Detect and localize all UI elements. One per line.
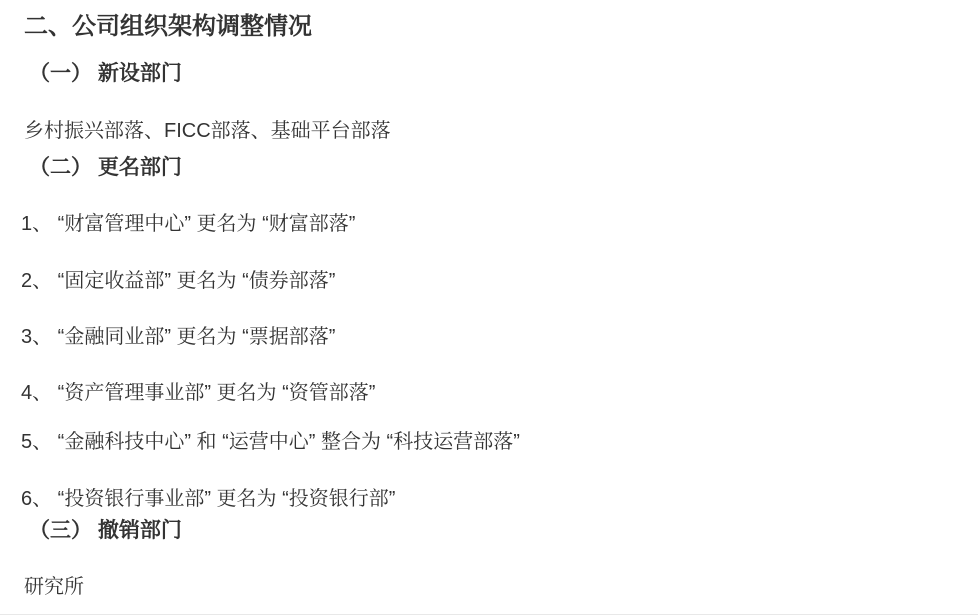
renamed-item-5: 5、 “金融科技中心” 和 “运营中心” 整合为 “科技运营部落” bbox=[21, 430, 520, 455]
renamed-item-6: 6、 “投资银行事业部” 更名为 “投资银行部” bbox=[21, 487, 395, 512]
heading-renamed-departments: （二） 更名部门 bbox=[29, 155, 182, 181]
renamed-item-4: 4、 “资产管理事业部” 更名为 “资管部落” bbox=[21, 381, 375, 406]
heading-dissolved-departments: （三） 撤销部门 bbox=[29, 518, 182, 544]
heading-new-departments: （一） 新设部门 bbox=[29, 61, 182, 87]
renamed-item-3: 3、 “金融同业部” 更名为 “票据部落” bbox=[21, 325, 335, 350]
renamed-item-2: 2、 “固定收益部” 更名为 “债券部落” bbox=[21, 269, 335, 294]
renamed-item-1: 1、 “财富管理中心” 更名为 “财富部落” bbox=[21, 212, 355, 237]
paragraph-dissolved-departments: 研究所 bbox=[24, 575, 84, 600]
article-page: 二、公司组织架构调整情况 （一） 新设部门 乡村振兴部落、FICC部落、基础平台… bbox=[0, 0, 978, 616]
bottom-divider bbox=[0, 614, 978, 615]
article-title: 二、公司组织架构调整情况 bbox=[24, 12, 312, 42]
paragraph-new-departments: 乡村振兴部落、FICC部落、基础平台部落 bbox=[24, 119, 391, 144]
